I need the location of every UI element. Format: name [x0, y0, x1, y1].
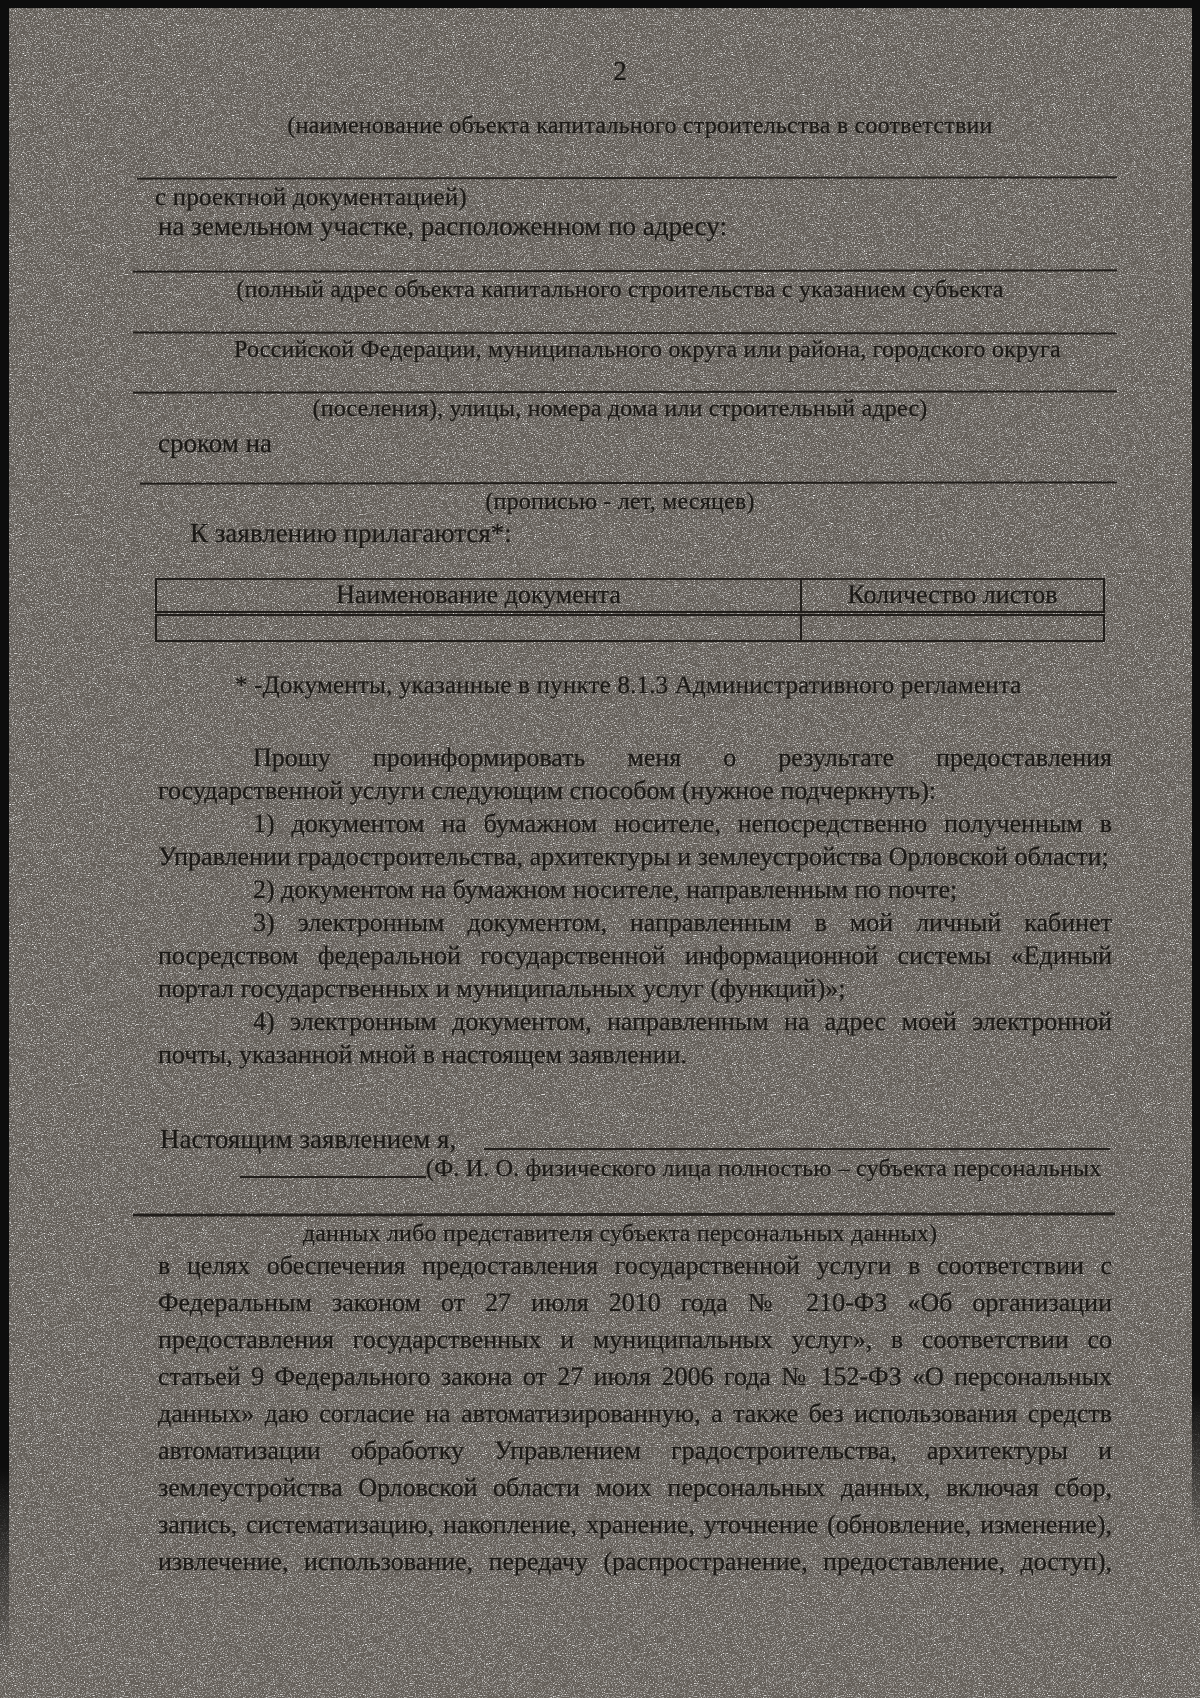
attachments-table-header-row: Наименование документа Количество листов: [156, 579, 1104, 613]
scan-edge-top-bar: [0, 0, 1200, 8]
address-caption-line2: Российской Федерации, муниципального окр…: [120, 337, 1120, 364]
field-underline-fio-2: [133, 1212, 1115, 1216]
field-underline-address-2: [133, 331, 1117, 334]
statement-fio-caption-row: (Ф. И. О. физического лица полностью – с…: [240, 1156, 1118, 1183]
inform-option-3: 3) электронным документом, направленным …: [158, 906, 1112, 1005]
page-number: 2: [120, 56, 1120, 87]
statement-lead: Настоящим заявлением я,: [160, 1124, 456, 1155]
inform-intro: Прошу проинформировать меня о результате…: [158, 741, 1112, 807]
field-underline-fio-continuation: [240, 1176, 426, 1178]
consent-block: в целях обеспечения предоставления госуд…: [158, 1247, 1112, 1580]
field-underline-term: [140, 481, 1117, 484]
attachments-table-header-sheets: Количество листов: [801, 579, 1104, 613]
inform-option-2: 2) документом на бумажном носителе, напр…: [158, 873, 1112, 906]
attachments-table-cell-document: [156, 613, 801, 641]
field-underline-object-name: [137, 176, 1117, 179]
field-underline-address-3: [133, 390, 1117, 393]
term-lead: сроком на: [158, 428, 272, 459]
address-lead: на земельном участке, расположенном по а…: [158, 211, 727, 242]
attachments-table-cell-sheets: [801, 613, 1104, 641]
address-caption-line3: (поселения), улицы, номера дома или стро…: [120, 396, 1120, 423]
scan-edge-left-bar: [0, 0, 9, 1668]
attachments-lead: К заявлению прилагаются*:: [190, 518, 512, 549]
object-name-caption-line1: (наименование объекта капитального строи…: [120, 113, 1120, 140]
table-row: [156, 613, 1104, 641]
scan-edge-right-bar: [1192, 0, 1200, 1545]
attachments-footnote: * -Документы, указанные в пункте 8.1.3 А…: [235, 672, 1022, 700]
consent-paragraph: в целях обеспечения предоставления госуд…: [158, 1247, 1112, 1580]
object-name-caption-line2: с проектной документацией): [155, 184, 467, 212]
field-underline-fio: [484, 1148, 1110, 1150]
attachments-table-header-document: Наименование документа: [156, 579, 801, 613]
address-caption-line1: (полный адрес объекта капитального строи…: [120, 277, 1120, 304]
scanned-application-page: 2 (наименование объекта капитального стр…: [0, 0, 1200, 1698]
inform-option-1: 1) документом на бумажном носителе, непо…: [158, 807, 1112, 873]
attachments-table: Наименование документа Количество листов: [155, 578, 1105, 642]
inform-method-block: Прошу проинформировать меня о результате…: [158, 741, 1112, 1071]
term-caption: (прописью - лет, месяцев): [120, 489, 1120, 516]
statement-lead-row: Настоящим заявлением я,: [160, 1124, 1110, 1155]
statement-fio-caption-line1: (Ф. И. О. физического лица полностью – с…: [426, 1156, 1102, 1183]
statement-fio-caption-line2: данных либо представителя субъекта персо…: [120, 1221, 1120, 1248]
field-underline-address-1: [133, 269, 1117, 272]
inform-option-4: 4) электронным документом, направленным …: [158, 1005, 1112, 1071]
